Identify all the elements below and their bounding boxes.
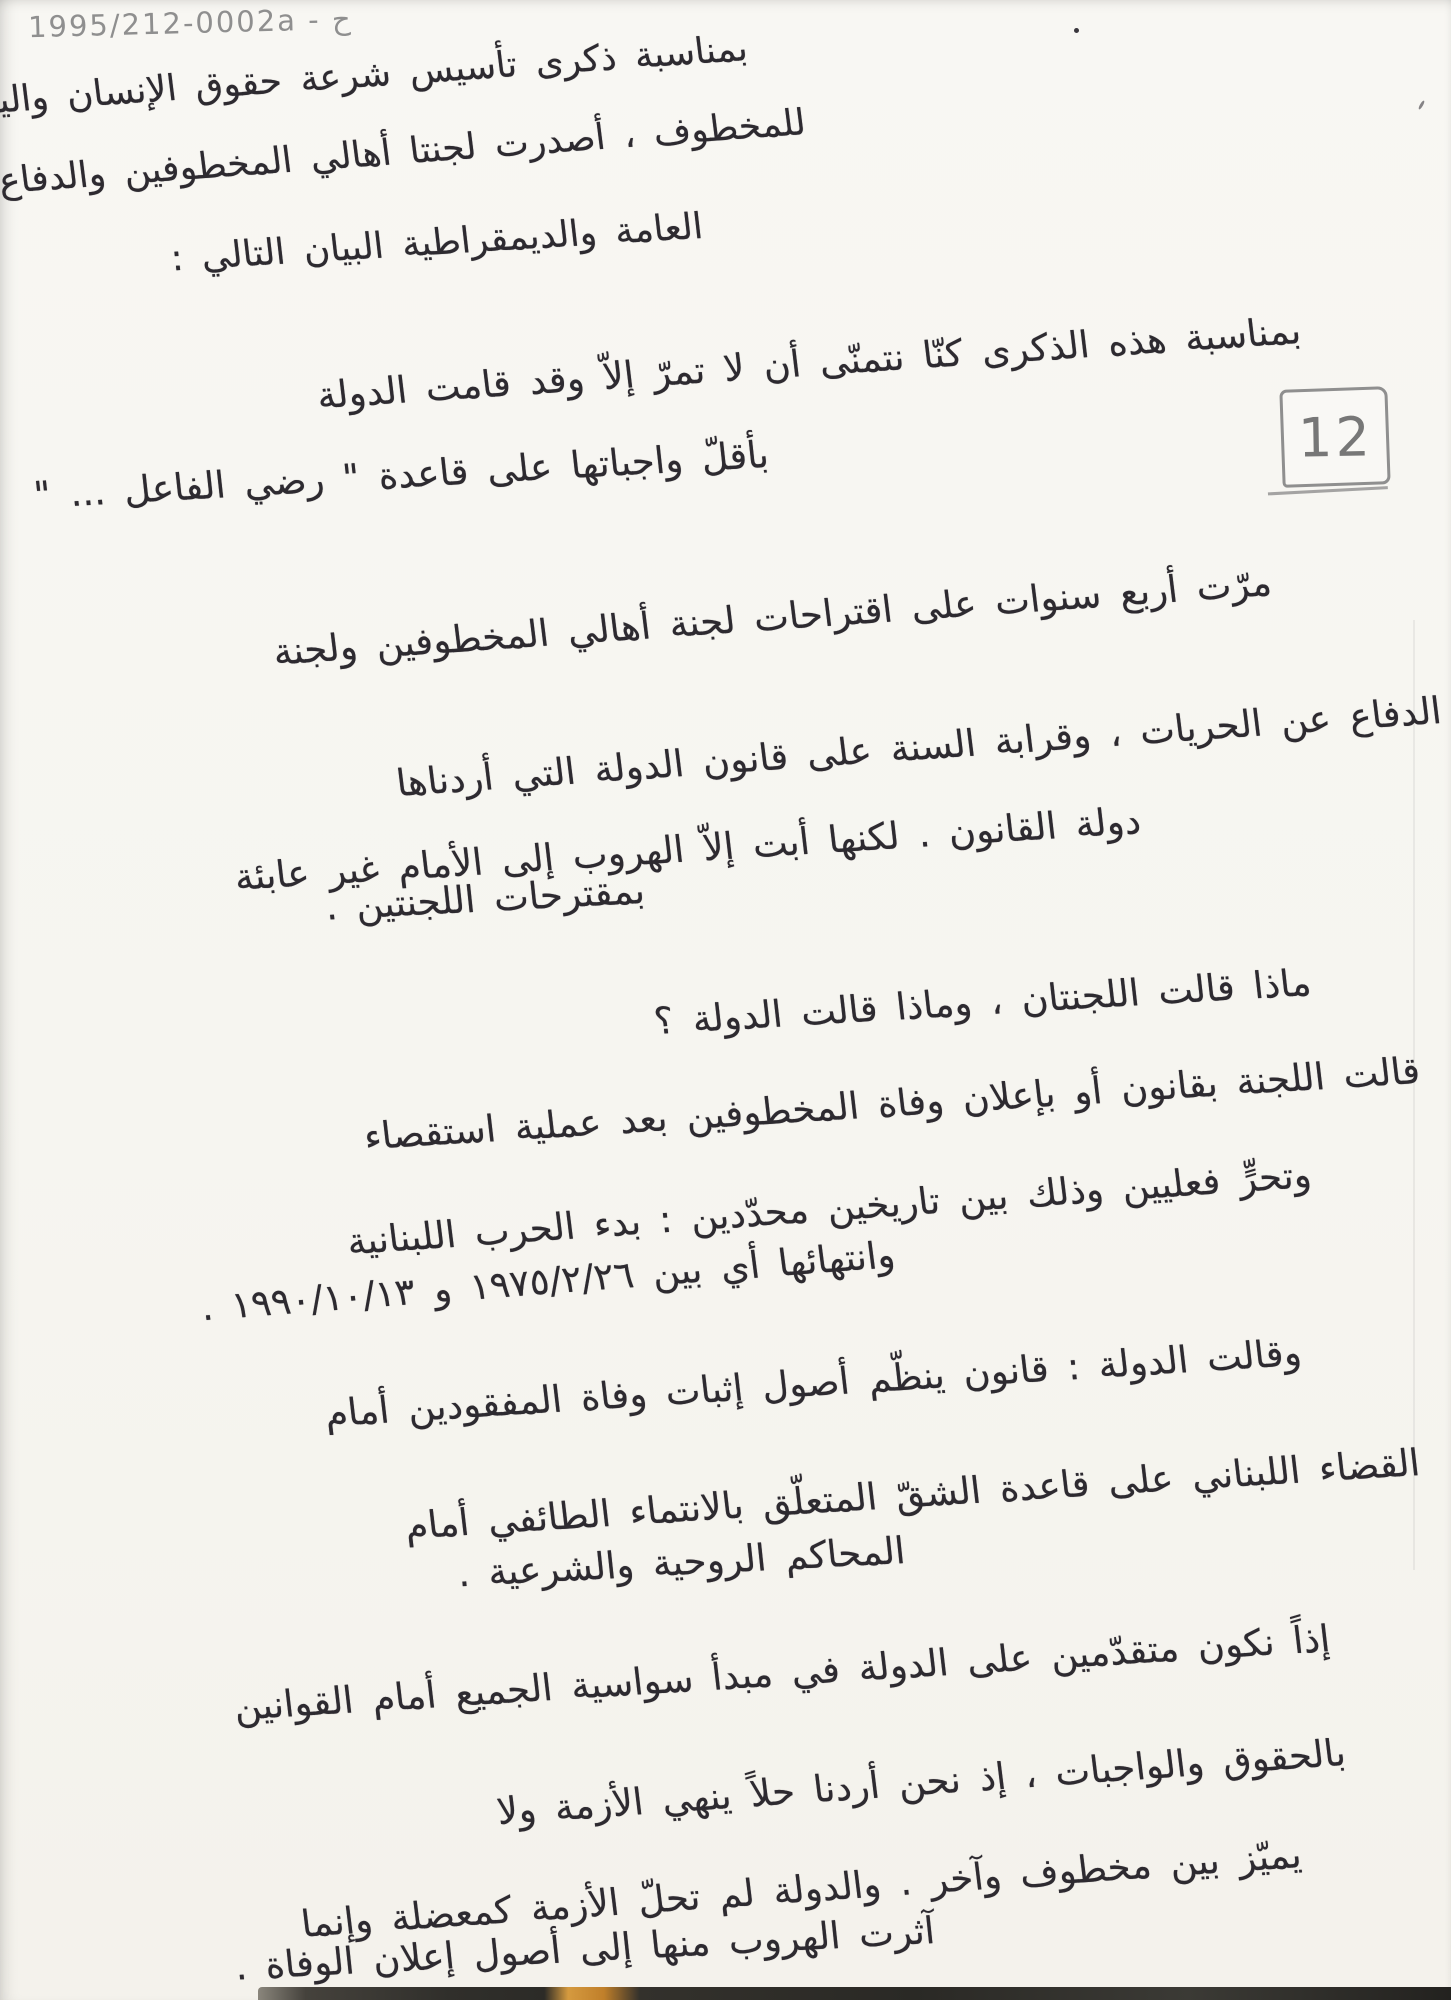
handwritten-line: القضاء اللبناني على قاعدة الشقّ المتعلّق… <box>403 1440 1423 1550</box>
scanned-page: 1995/212-0002a - ح بمناسبة ذكرى تأسيس شر… <box>0 0 1451 2000</box>
handwritten-line: قالت اللجنة بقانون أو بإعلان وفاة المخطو… <box>362 1048 1423 1160</box>
handwritten-line: الدفاع عن الحريات ، وقرابة السنة على قان… <box>394 688 1444 807</box>
scan-edge-strip <box>258 1987 1451 2000</box>
handwritten-line: وقالت الدولة : قانون ينظّم أصول إثبات وف… <box>322 1330 1304 1437</box>
handwritten-line: بالحقوق والواجبات ، إذ نحن أردنا حلاً ين… <box>494 1730 1348 1835</box>
ink-speck <box>1418 100 1426 110</box>
handwritten-line: بمناسبة هذه الذكرى كنّا نتمنّى أن لا تمر… <box>315 308 1304 419</box>
handwritten-line: مرّت أربع سنوات على اقتراحات لجنة أهالي … <box>270 560 1274 676</box>
page-number: 12 <box>1297 405 1373 469</box>
reference-number: 1995/212-0002a - ح <box>28 2 351 44</box>
scan-artifact-line <box>1413 620 1415 1570</box>
handwritten-line: العامة والديمقراطية البيان التالي : <box>169 204 706 281</box>
handwritten-line: إذاً نكون متقدّمين على الدولة في مبدأ سو… <box>232 1616 1333 1731</box>
handwritten-line: ماذا قالت اللجنتان ، وماذا قالت الدولة ؟ <box>652 960 1314 1045</box>
handwritten-line: بأقلّ واجباتها على قاعدة " رضي الفاعل ..… <box>32 432 771 519</box>
ink-speck <box>1074 28 1079 33</box>
handwritten-line: للمخطوف ، أصدرت لجنتا أهالي المخطوفين وا… <box>0 100 808 219</box>
page-number-box: 12 <box>1279 386 1390 488</box>
